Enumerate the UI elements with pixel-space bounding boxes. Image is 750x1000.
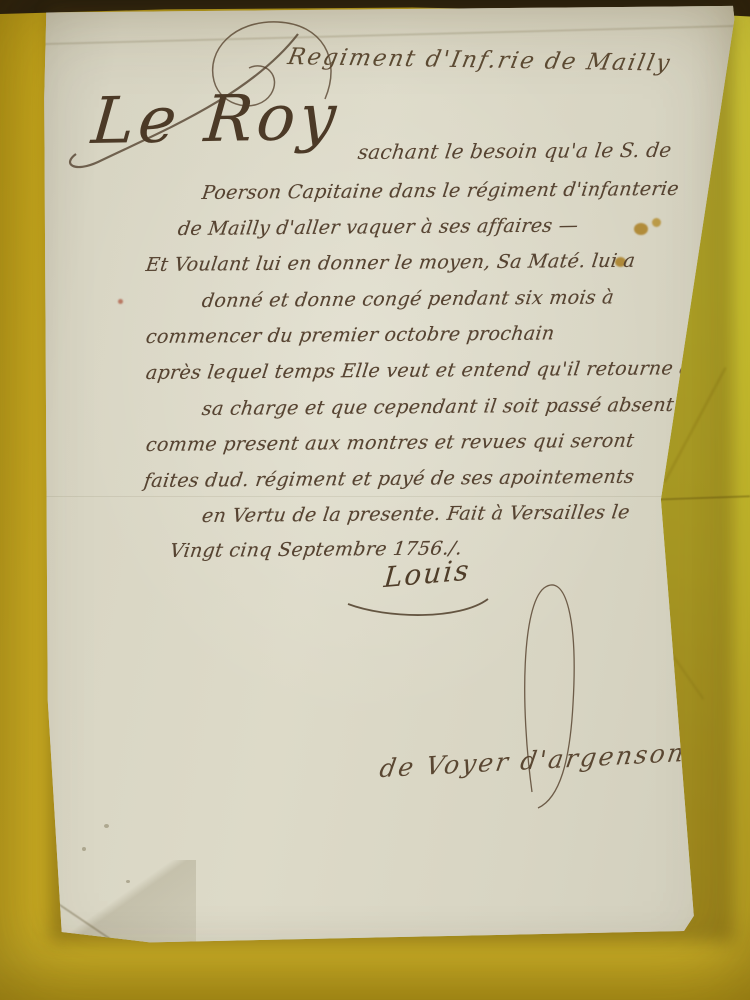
- photo-scene: Regiment d'Inf.rie de Mailly Le Roy sach…: [0, 0, 750, 1000]
- manuscript-line: Poerson Capitaine dans le régiment d'inf…: [201, 180, 680, 203]
- manuscript-line: après lequel temps Elle veut et entend q…: [145, 359, 692, 383]
- manuscript-line: Et Voulant lui en donner le moyen, Sa Ma…: [145, 252, 637, 275]
- manuscript-line: donné et donne congé pendant six mois à: [201, 288, 615, 311]
- regiment-header: Regiment d'Inf.rie de Mailly: [285, 44, 673, 78]
- manuscript-line: faites dud. régiment et payé de ses apoi…: [143, 468, 636, 491]
- louis-underline-swash: [348, 599, 488, 615]
- ink-stain: [652, 218, 661, 227]
- paper-speck: [126, 880, 130, 883]
- royal-signature: Louis: [383, 556, 472, 592]
- countersignature: de Voyer d'argenson: [378, 740, 688, 781]
- manuscript-line: en Vertu de la presente. Fait à Versaill…: [201, 503, 631, 526]
- paper-speck: [82, 847, 86, 851]
- manuscript-line: comme present aux montres et revues qui …: [145, 432, 636, 455]
- salutation-continuation: sachant le besoin qu'a le S. de: [357, 140, 673, 162]
- leroy-heading: Le Roy: [89, 86, 342, 154]
- fold-crease-middle: [40, 496, 740, 497]
- manuscript-line: commencer du premier octobre prochain: [145, 324, 556, 347]
- ink-stain: [118, 299, 123, 304]
- paper-speck: [104, 824, 109, 828]
- manuscript-line: sa charge et que cependant il soit passé…: [201, 396, 675, 419]
- paper-sheet: Regiment d'Inf.rie de Mailly Le Roy sach…: [40, 4, 740, 948]
- fold-crease-top: [44, 25, 736, 45]
- ink-stain: [634, 223, 648, 235]
- manuscript-line: de Mailly d'aller vaquer à ses affaires …: [177, 217, 580, 239]
